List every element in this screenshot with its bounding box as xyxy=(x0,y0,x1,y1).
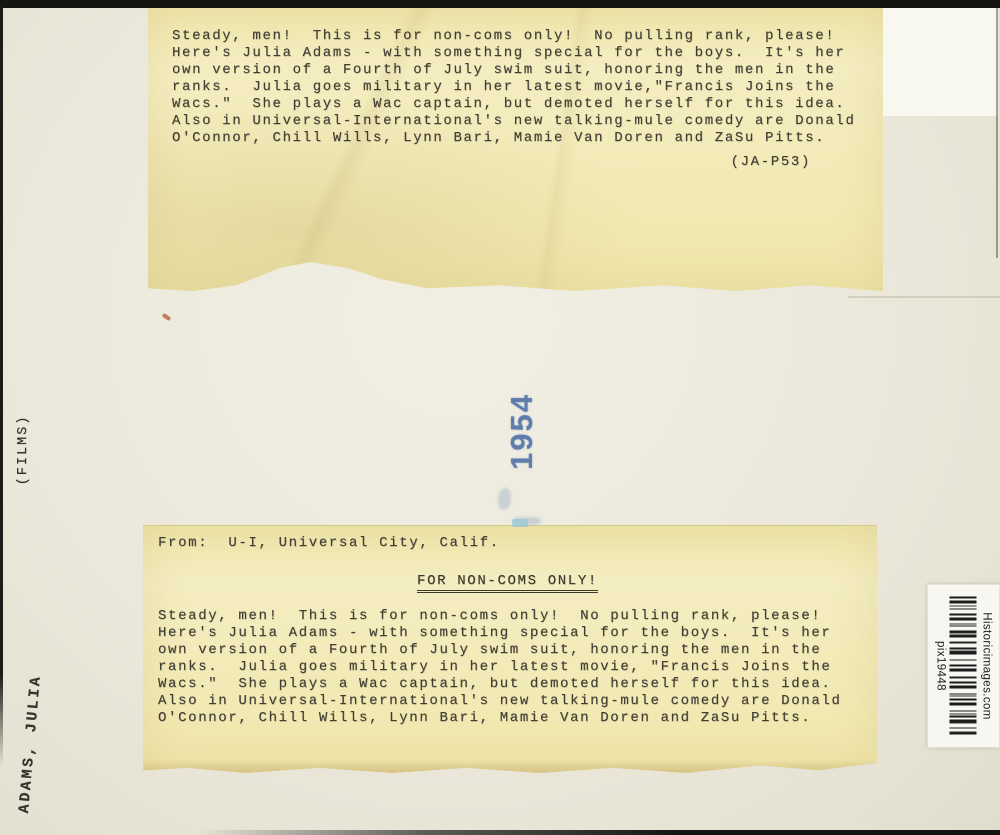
caption-line: Wacs." She plays a Wac captain, but demo… xyxy=(158,676,877,693)
caption-line: O'Connor, Chill Wills, Lynn Bari, Mamie … xyxy=(158,710,877,727)
blue-tape-mark xyxy=(512,519,528,527)
bottom-caption-slip: From: U-I, Universal City, Calif. FOR NO… xyxy=(143,525,877,778)
scan-edge-left xyxy=(0,6,3,766)
caption-line: Here's Julia Adams - with something spec… xyxy=(172,45,883,62)
paper-crease-line xyxy=(848,296,1000,298)
barcode xyxy=(950,596,977,736)
scan-edge-right xyxy=(996,8,998,258)
top-caption-text: Steady, men! This is for non-coms only! … xyxy=(148,4,883,171)
caption-line: own version of a Fourth of July swim sui… xyxy=(158,642,877,659)
caption-line: Steady, men! This is for non-coms only! … xyxy=(158,608,877,625)
category-label-films: (FILMS) xyxy=(12,402,36,498)
scan-edge-bottom xyxy=(200,830,1000,835)
caption-line: ranks. Julia goes military in her latest… xyxy=(158,659,877,676)
caption-line: Also in Universal-International's new ta… xyxy=(172,113,883,130)
top-caption-slip: Steady, men! This is for non-coms only! … xyxy=(148,4,883,294)
subject-name-label: ADAMS, JULIA xyxy=(10,663,52,825)
bottom-caption-text: From: U-I, Universal City, Calif. FOR NO… xyxy=(143,526,877,727)
caption-line: Also in Universal-International's new ta… xyxy=(158,693,877,710)
press-photo-verso-scan: Steady, men! This is for non-coms only! … xyxy=(0,0,1000,835)
caption-line: O'Connor, Chill Wills, Lynn Bari, Mamie … xyxy=(172,130,883,147)
non-coms-heading: FOR NON-COMS ONLY! xyxy=(417,573,598,593)
photo-code: (JA-P53) xyxy=(172,154,883,171)
archive-barcode-sticker: Historicimages.com pix19448 xyxy=(928,585,1000,748)
scan-edge-top xyxy=(0,0,1000,8)
caption-line: ranks. Julia goes military in her latest… xyxy=(172,79,883,96)
caption-line: own version of a Fourth of July swim sui… xyxy=(172,62,883,79)
paper-bright-area xyxy=(879,8,998,116)
red-ink-speck xyxy=(162,313,172,321)
caption-line: Wacs." She plays a Wac captain, but demo… xyxy=(172,96,883,113)
sticker-id-text: pix19448 xyxy=(934,641,947,691)
caption-line: Steady, men! This is for non-coms only! … xyxy=(172,28,883,45)
caption-line: Here's Julia Adams - with something spec… xyxy=(158,625,877,642)
heading-row: FOR NON-COMS ONLY! xyxy=(158,571,877,593)
sticker-site-text: Historicimages.com xyxy=(980,612,993,720)
